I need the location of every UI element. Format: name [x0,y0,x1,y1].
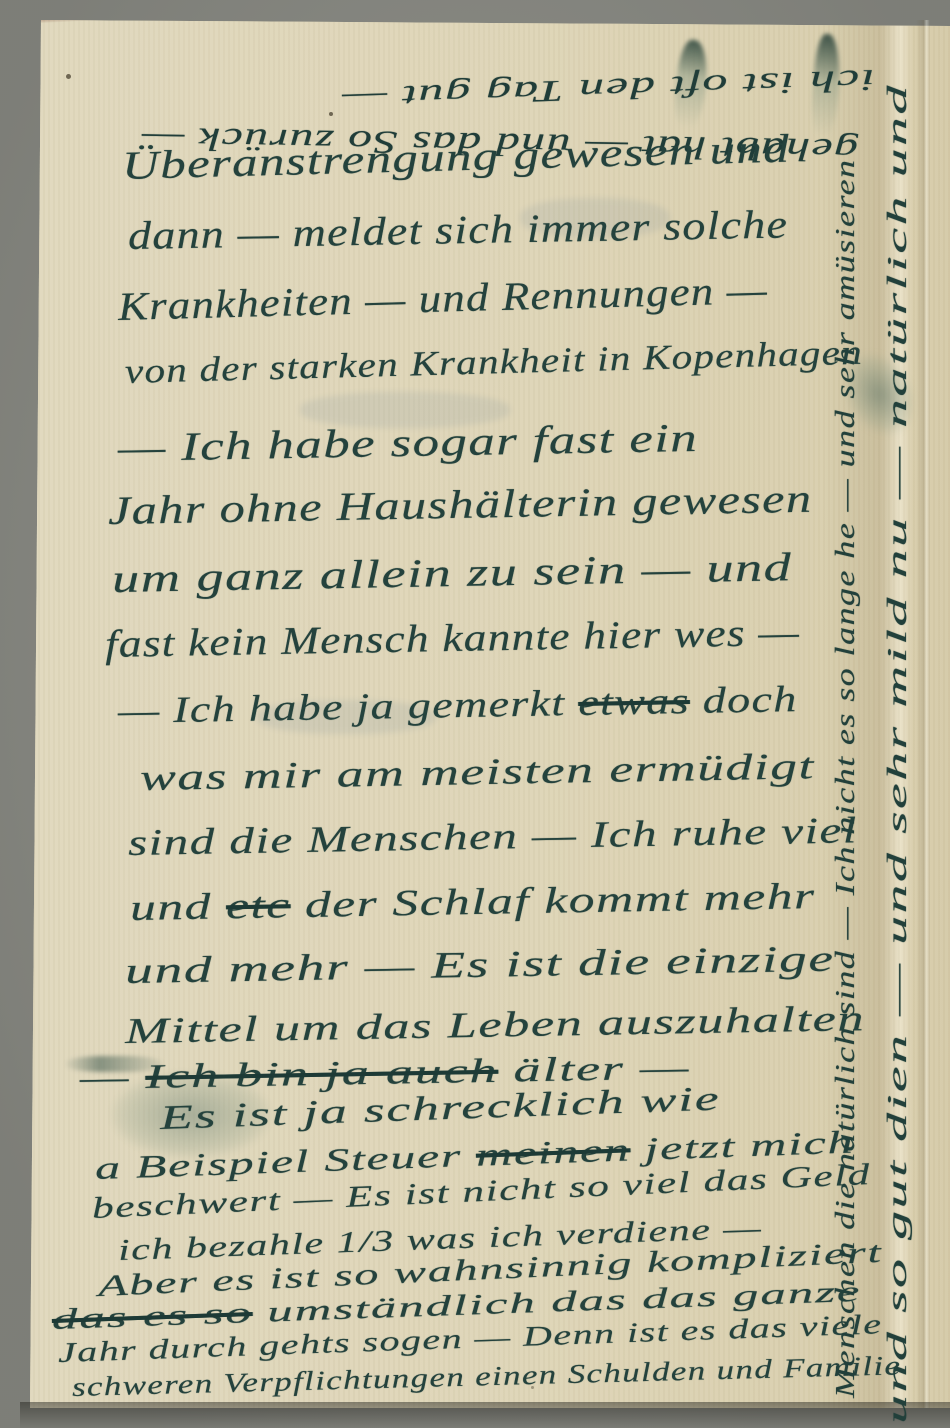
paper-speck [329,112,333,116]
handwritten-text: der Schlaf kommt mehr [290,876,816,926]
scan-background: ich ist oft den Tag gut —gehabt hat — un… [0,0,950,1428]
struck-text: das es so [51,1297,253,1336]
margin-annotation-line: Menschen die natürlich sind — Ich nicht … [830,159,861,1398]
paper-fold-crease [916,20,930,1408]
handwritten-text: — [80,1059,146,1097]
struck-text: etwas [578,681,690,724]
paper-shadow [20,1402,950,1428]
handwritten-text: doch [689,679,797,722]
paper-speck [66,74,71,79]
handwritten-text: — Ich habe ja gemerkt [118,683,579,732]
handwritten-text: und [130,886,227,929]
margin-annotation-line: und so gut dien — und sehr mild nu — nat… [882,83,913,1424]
struck-text: meinen [475,1131,631,1172]
struck-text: etc [226,885,291,927]
handwritten-text: und so gut dien — und sehr mild nu — nat… [882,83,912,1424]
handwritten-text: Menschen die natürlich sind — Ich nicht … [830,159,860,1398]
handwritten-text: — Ich habe sogar fast ein [118,415,699,470]
